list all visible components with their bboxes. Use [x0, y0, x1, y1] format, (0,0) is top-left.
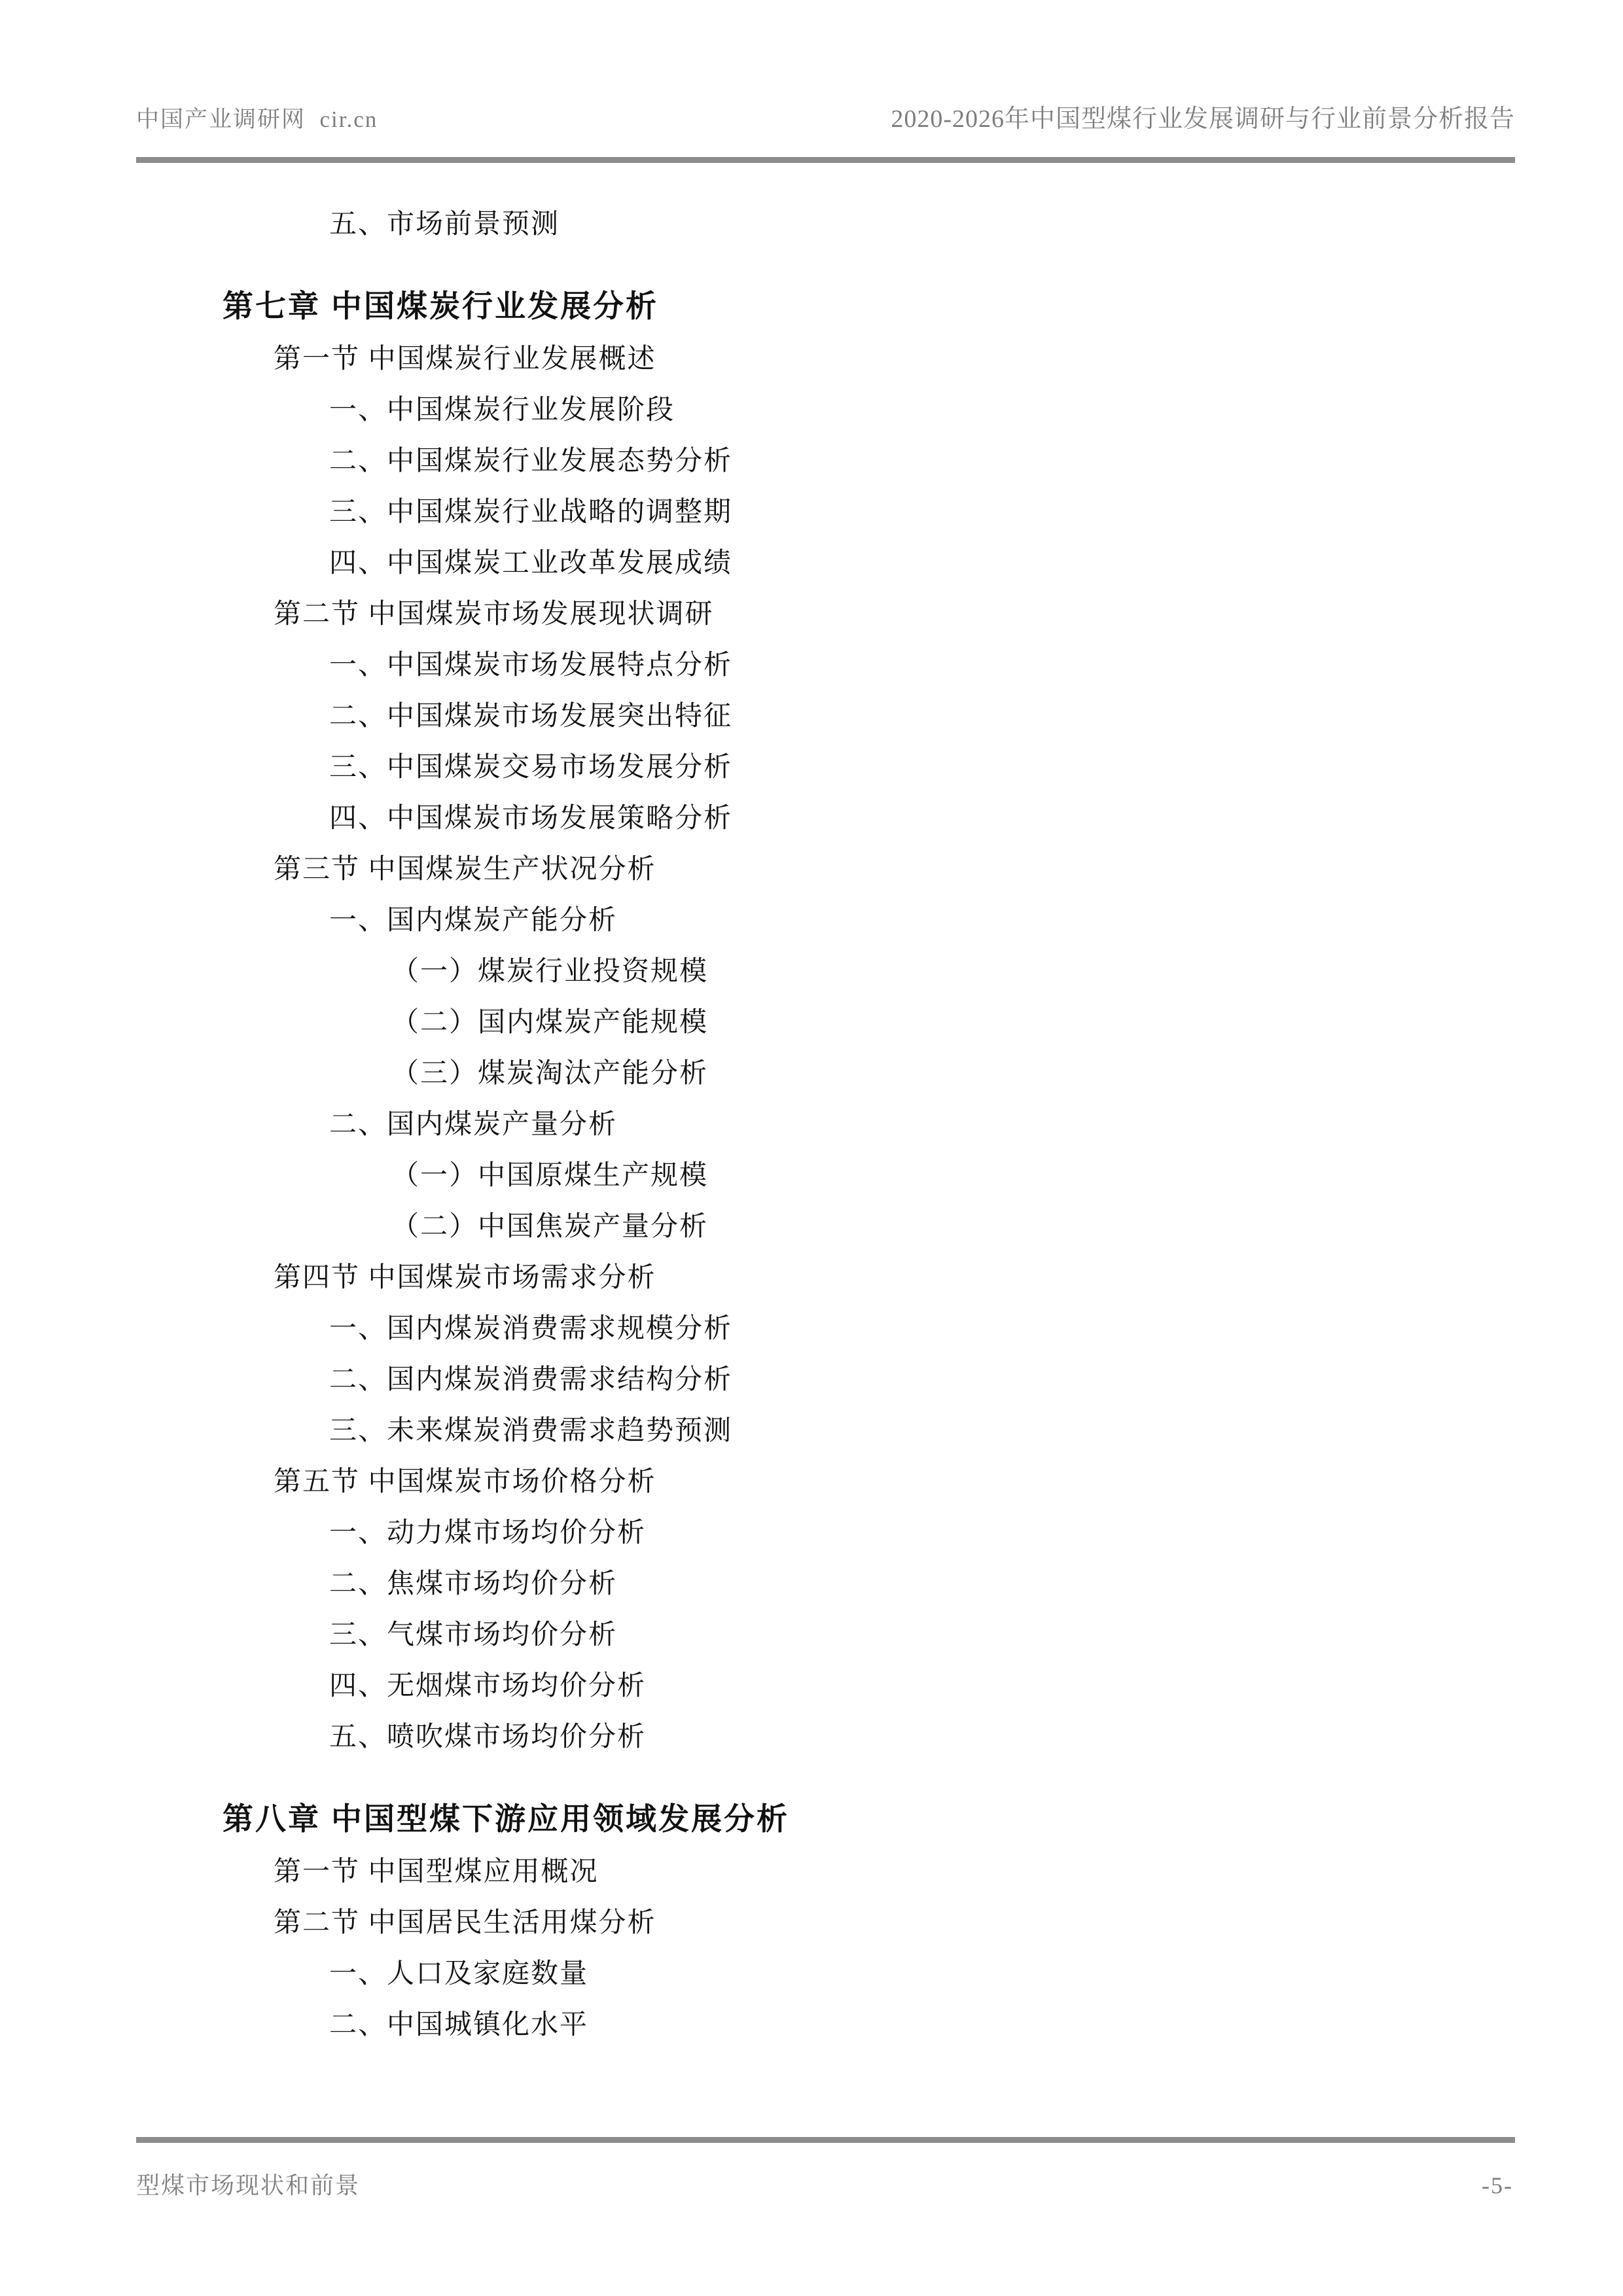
toc-entry-item: 一、人口及家庭数量 [329, 1946, 1513, 1997]
toc-entry-item: 二、焦煤市场均价分析 [329, 1556, 1513, 1607]
page-footer: 型煤市场现状和前景 -5- [136, 2167, 1513, 2200]
toc-entry-item: 四、无烟煤市场均价分析 [329, 1658, 1513, 1709]
toc-entry-item: 二、中国城镇化水平 [329, 1997, 1513, 2048]
header-divider [136, 157, 1515, 163]
toc-entry-section: 第三节 中国煤炭生产状况分析 [274, 841, 1513, 892]
toc-entry-section: 第二节 中国煤炭市场发展现状调研 [274, 586, 1513, 637]
document-page: 中国产业调研网 cir.cn 2020-2026年中国型煤行业发展调研与行业前景… [0, 0, 1623, 2296]
toc-entry-item: 三、中国煤炭行业战略的调整期 [329, 484, 1513, 535]
toc-entry-item: 三、气煤市场均价分析 [329, 1607, 1513, 1658]
toc-entry-item: 五、喷吹煤市场均价分析 [329, 1709, 1513, 1760]
footer-divider [136, 2137, 1515, 2143]
toc-entry-section: 第一节 中国型煤应用概况 [274, 1844, 1513, 1895]
toc-entry-item: 一、中国煤炭行业发展阶段 [329, 382, 1513, 433]
toc-entry-chapter: 第八章 中国型煤下游应用领域发展分析 [223, 1789, 1513, 1844]
toc-entry-item: 三、中国煤炭交易市场发展分析 [329, 739, 1513, 790]
header-report-title: 2020-2026年中国型煤行业发展调研与行业前景分析报告 [891, 98, 1515, 134]
toc-entry-chapter: 第七章 中国煤炭行业发展分析 [223, 276, 1513, 331]
header-site-name: 中国产业调研网 cir.cn [136, 101, 378, 134]
toc-entry-item: 一、国内煤炭消费需求规模分析 [329, 1301, 1513, 1352]
toc-entry-subitem: （二）国内煤炭产能规模 [391, 995, 1513, 1046]
toc-entry-section: 第一节 中国煤炭行业发展概述 [274, 331, 1513, 382]
toc-entry-section: 第二节 中国居民生活用煤分析 [274, 1895, 1513, 1946]
toc-entry-subitem: （一）中国原煤生产规模 [391, 1148, 1513, 1199]
toc-entry-item: 二、国内煤炭产量分析 [329, 1097, 1513, 1148]
toc-entry-subitem: （三）煤炭淘汰产能分析 [391, 1046, 1513, 1097]
footer-book-title: 型煤市场现状和前景 [136, 2167, 360, 2200]
toc-entry-section: 第五节 中国煤炭市场价格分析 [274, 1454, 1513, 1505]
toc-entry-item: 二、国内煤炭消费需求结构分析 [329, 1352, 1513, 1403]
toc-entry-item: 二、中国煤炭行业发展态势分析 [329, 433, 1513, 484]
toc-entry-item: 二、中国煤炭市场发展突出特征 [329, 688, 1513, 739]
toc-entry-item: 一、动力煤市场均价分析 [329, 1505, 1513, 1556]
toc-entry-item: 三、未来煤炭消费需求趋势预测 [329, 1403, 1513, 1454]
toc-entry-item: 五、市场前景预测 [329, 196, 1513, 247]
footer-page-number: -5- [1482, 2172, 1513, 2199]
toc-list: 五、市场前景预测第七章 中国煤炭行业发展分析第一节 中国煤炭行业发展概述一、中国… [136, 196, 1513, 2048]
toc-entry-subitem: （一）煤炭行业投资规模 [391, 944, 1513, 995]
toc-entry-item: 一、国内煤炭产能分析 [329, 892, 1513, 944]
toc-entry-item: 四、中国煤炭工业改革发展成绩 [329, 535, 1513, 586]
toc-entry-section: 第四节 中国煤炭市场需求分析 [274, 1250, 1513, 1301]
toc-entry-subitem: （二）中国焦炭产量分析 [391, 1199, 1513, 1250]
toc-entry-item: 四、中国煤炭市场发展策略分析 [329, 790, 1513, 841]
toc-entry-item: 一、中国煤炭市场发展特点分析 [329, 637, 1513, 688]
page-header: 中国产业调研网 cir.cn 2020-2026年中国型煤行业发展调研与行业前景… [136, 98, 1515, 134]
